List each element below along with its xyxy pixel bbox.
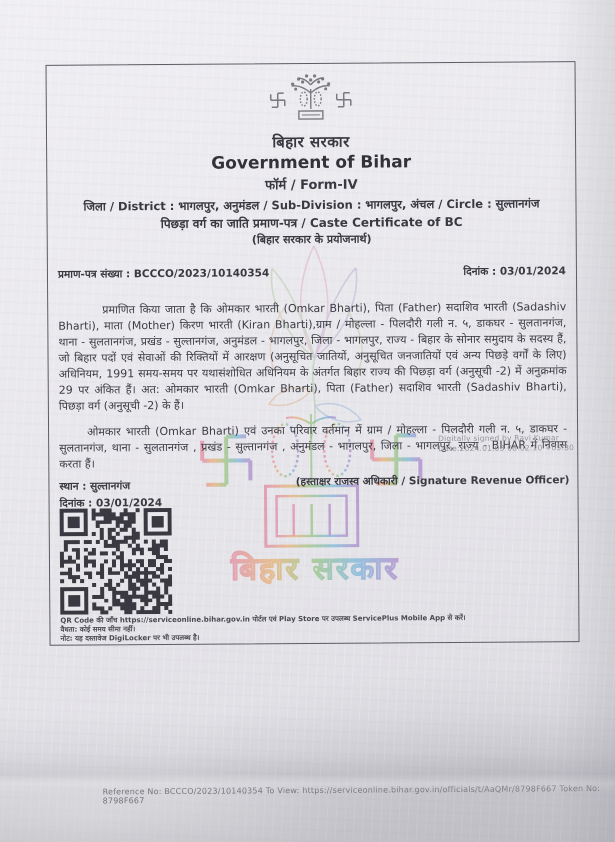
certificate-frame: बिहार सरकार Government of Bihar फॉर्म / … [46,61,580,646]
revenue-officer-signature-label: (हस्ताक्षर राजस्व अधिकारी / Signature Re… [296,473,570,489]
digital-signature-line1: Digitally signed by Ravi Kumar [438,433,574,443]
bihar-emblem-icon [263,73,359,128]
certificate-meta-row: प्रमाण-पत्र संख्या : BCCCO/2023/10140354… [58,264,566,282]
place-line: स्थान : सुल्तानगंज [59,479,130,493]
digital-signature-stamp: Digitally signed by Ravi Kumar Date:2024… [438,433,574,453]
qr-code [60,508,173,615]
qr-verification-notes: QR Code की जाँच https://serviceonline.bi… [60,613,568,644]
digital-signature-line2: Date:2024.01.03 08:02:10 +05:30 [438,443,574,453]
certificate-number: प्रमाण-पत्र संख्या : BCCCO/2023/10140354 [58,266,269,281]
form-number: फॉर्म / Form-IV [57,173,565,195]
certificate-title: पिछड़ा वर्ग का जाति प्रमाण-पत्र / Caste … [58,212,566,233]
certificate-body-paragraph: प्रमाणित किया जाता है कि ओमकार भारती (Om… [58,299,567,415]
issue-date: दिनांक : 03/01/2024 [463,264,566,279]
right-shadow [555,0,615,842]
purpose-line: (बिहार सरकार के प्रयोजनार्थ) [58,230,566,249]
government-title-hindi: बिहार सरकार [57,130,565,154]
government-title-english: Government of Bihar [57,151,565,175]
scanned-certificate-page: बिहार सरकार [0,0,615,842]
bottom-shadow [0,712,615,842]
